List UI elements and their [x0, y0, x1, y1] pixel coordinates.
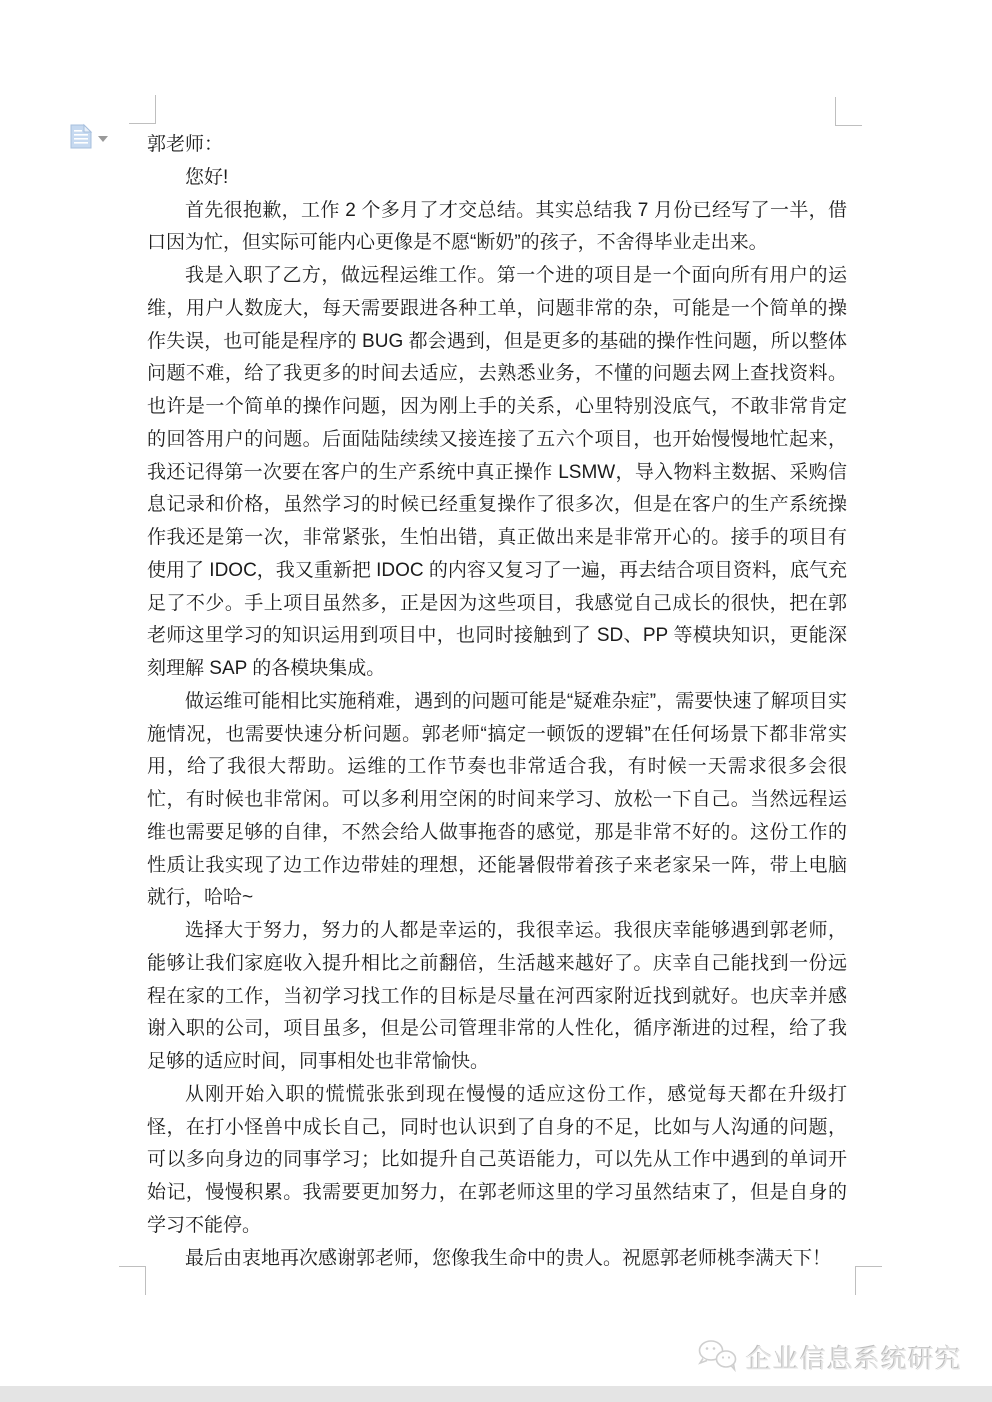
watermark-text: 企业信息系统研究	[746, 1339, 962, 1376]
document-page: 郭老师： 您好! 首先很抱歉，工作 2 个多月了才交总结。其实总结我 7 月份已…	[0, 0, 992, 1402]
letter-paragraph: 选择大于努力，努力的人都是幸运的，我很幸运。我很庆幸能够遇到郭老师，能够让我们家…	[147, 915, 847, 1079]
wechat-icon	[697, 1338, 739, 1377]
paste-options-icon	[70, 122, 93, 154]
chevron-down-icon	[98, 136, 108, 142]
footer-strip	[0, 1386, 992, 1402]
letter-salutation: 郭老师：	[147, 129, 847, 162]
paste-options-button[interactable]	[70, 122, 108, 154]
letter-body: 郭老师： 您好! 首先很抱歉，工作 2 个多月了才交总结。其实总结我 7 月份已…	[147, 129, 847, 1275]
letter-paragraph: 我是入职了乙方，做远程运维工作。第一个进的项目是一个面向所有用户的运维，用户人数…	[147, 260, 847, 686]
letter-paragraph: 最后由衷地再次感谢郭老师，您像我生命中的贵人。祝愿郭老师桃李满天下！	[147, 1243, 847, 1276]
letter-paragraph: 首先很抱歉，工作 2 个多月了才交总结。其实总结我 7 月份已经写了一半，借口因…	[147, 195, 847, 261]
letter-paragraph: 从刚开始入职的慌慌张张到现在慢慢的适应这份工作，感觉每天都在升级打怪，在打小怪兽…	[147, 1079, 847, 1243]
watermark: 企业信息系统研究	[697, 1338, 962, 1377]
margin-mark-top-right	[835, 97, 862, 126]
letter-paragraph: 做运维可能相比实施稍难，遇到的问题可能是“疑难杂症”，需要快速了解项目实施情况，…	[147, 686, 847, 915]
margin-mark-bottom-right	[855, 1266, 882, 1295]
margin-mark-top-left	[129, 95, 156, 124]
letter-paragraph: 您好!	[147, 162, 847, 195]
margin-mark-bottom-left	[119, 1266, 146, 1295]
